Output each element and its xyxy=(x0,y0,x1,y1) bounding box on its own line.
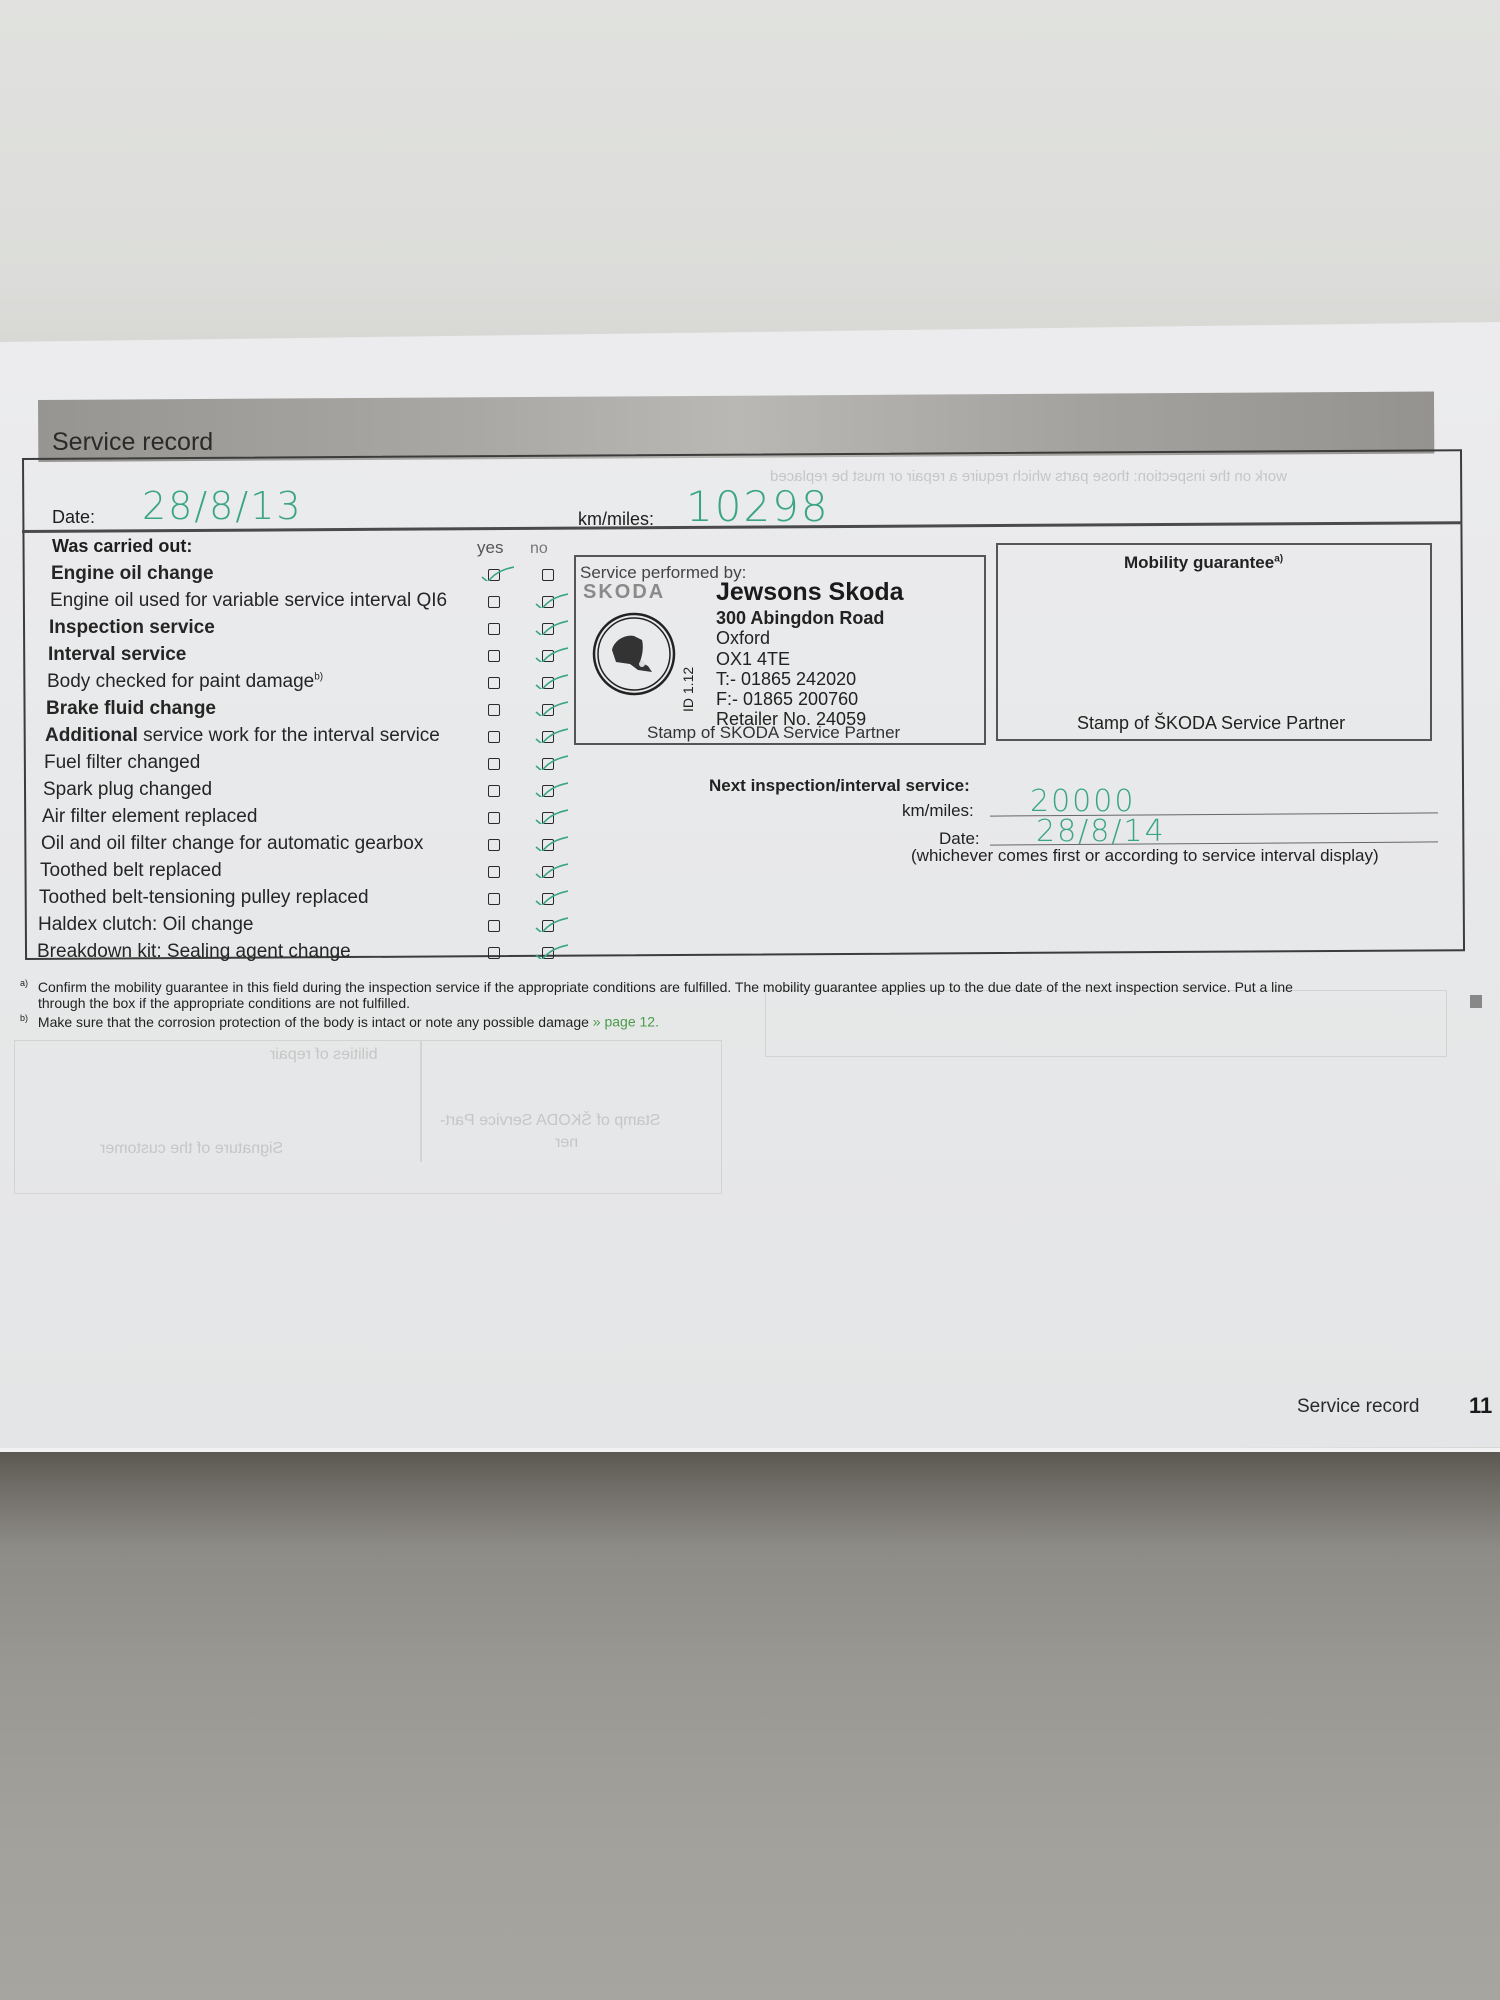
check-mark-icon xyxy=(530,727,568,743)
footnote-marker: a) xyxy=(1274,553,1283,564)
mobility-stamp-caption: Stamp of ŠKODA Service Partner xyxy=(1077,713,1345,734)
dealer-postcode: OX1 4TE xyxy=(716,649,790,670)
checklist-item: Additional service work for the interval… xyxy=(45,725,440,747)
check-mark-icon xyxy=(476,565,514,581)
footer-section-title: Service record xyxy=(1297,1396,1420,1418)
checkbox-yes[interactable] xyxy=(488,758,500,770)
checklist-item: Fuel filter changed xyxy=(44,752,200,774)
checklist-item: Interval service xyxy=(48,644,186,666)
skoda-logo-icon xyxy=(592,612,676,696)
checkbox-yes[interactable] xyxy=(488,731,500,743)
page-link[interactable]: » page 12. xyxy=(593,1014,659,1030)
checklist-item-label: Body checked for paint damage xyxy=(47,671,314,692)
checklist-item-label: Spark plug changed xyxy=(43,779,212,800)
check-mark-icon xyxy=(530,646,568,662)
footnote-a: a) Confirm the mobility guarantee in thi… xyxy=(20,978,1293,995)
date-label: Date: xyxy=(52,507,95,528)
mileage-label: km/miles: xyxy=(578,509,654,530)
check-mark-icon xyxy=(530,835,568,851)
checklist-item: Oil and oil filter change for automatic … xyxy=(41,833,423,855)
checkbox-yes[interactable] xyxy=(488,812,500,824)
footnote-marker: a) xyxy=(20,978,28,988)
checklist-item-label: service work for the interval service xyxy=(138,725,440,746)
bleed-through-divider xyxy=(420,1040,422,1162)
stamp-caption: Stamp of SKODA Service Partner xyxy=(647,723,900,743)
checklist-item-label: Oil and oil filter change for automatic … xyxy=(41,833,423,854)
checklist-item-label: Inspection service xyxy=(49,617,215,638)
check-mark-icon xyxy=(530,943,568,959)
dealer-name: Jewsons Skoda xyxy=(716,578,904,607)
checklist-item: Inspection service xyxy=(49,617,215,639)
next-date-value[interactable]: 28/8/14 xyxy=(1036,814,1166,849)
date-value[interactable]: 28/8/13 xyxy=(142,484,303,528)
check-mark-icon xyxy=(530,889,568,905)
check-mark-icon xyxy=(530,700,568,716)
checklist-item: Body checked for paint damageb) xyxy=(47,671,323,693)
checkbox-yes[interactable] xyxy=(488,866,500,878)
checklist-item: Air filter element replaced xyxy=(42,806,257,828)
checklist-item-label: Engine oil change xyxy=(51,563,214,584)
footnote-marker: b) xyxy=(20,1013,28,1023)
check-mark-icon xyxy=(530,781,568,797)
page-marker-square xyxy=(1470,995,1482,1008)
checklist-item-label: Engine oil used for variable service int… xyxy=(50,590,447,611)
checklist-item-label: Air filter element replaced xyxy=(42,806,257,827)
checkbox-yes[interactable] xyxy=(488,623,500,635)
checkbox-yes[interactable] xyxy=(488,596,500,608)
dealer-address-line1: 300 Abingdon Road xyxy=(716,608,884,629)
footnote-text: Make sure that the corrosion protection … xyxy=(38,1014,593,1030)
checkbox-yes[interactable] xyxy=(488,785,500,797)
check-mark-icon xyxy=(530,754,568,770)
no-column-header: no xyxy=(530,540,548,558)
check-mark-icon xyxy=(530,619,568,635)
stamp-id: ID 1.12 xyxy=(680,652,696,712)
checklist-item-label: Toothed belt replaced xyxy=(40,860,222,881)
checklist-item: Brake fluid change xyxy=(46,698,216,720)
checklist-item: Engine oil used for variable service int… xyxy=(50,590,447,612)
checklist-item-label-bold: Additional xyxy=(45,725,138,746)
skoda-wordmark: SKODA xyxy=(583,581,665,604)
check-mark-icon xyxy=(530,592,568,608)
check-mark-icon xyxy=(530,916,568,932)
checklist-item-label: Breakdown kit: Sealing agent change xyxy=(37,941,351,962)
mobility-heading-text: Mobility guarantee xyxy=(1124,553,1274,572)
check-mark-icon xyxy=(530,862,568,878)
checklist-item: Toothed belt replaced xyxy=(40,860,222,882)
next-mileage-label: km/miles: xyxy=(902,801,974,821)
page-number: 11 xyxy=(1469,1393,1492,1419)
page-edge xyxy=(0,1448,1500,1452)
checklist-item-label: Fuel filter changed xyxy=(44,752,200,773)
table-surface xyxy=(0,1450,1500,2000)
checkbox-yes[interactable] xyxy=(488,839,500,851)
checklist-item: Spark plug changed xyxy=(43,779,212,801)
footnote-b: b) Make sure that the corrosion protecti… xyxy=(20,1013,659,1030)
bleed-through-box xyxy=(14,1040,722,1194)
dealer-fax: F:- 01865 200760 xyxy=(716,689,858,710)
mileage-value[interactable]: 10298 xyxy=(686,482,830,531)
checklist-item: Engine oil change xyxy=(51,563,214,585)
checklist-item-label: Haldex clutch: Oil change xyxy=(38,914,253,935)
next-service-heading: Next inspection/interval service: xyxy=(709,776,970,796)
page-title: Service record xyxy=(52,428,213,457)
checkbox-yes[interactable] xyxy=(488,920,500,932)
checkbox-yes[interactable] xyxy=(488,650,500,662)
checkbox-yes[interactable] xyxy=(488,893,500,905)
checklist-item-label: Interval service xyxy=(48,644,186,665)
checkbox-yes[interactable] xyxy=(488,704,500,716)
checklist-item-label: Toothed belt-tensioning pulley replaced xyxy=(39,887,369,908)
checklist-heading: Was carried out: xyxy=(52,536,192,557)
footnote-text: Confirm the mobility guarantee in this f… xyxy=(38,979,1293,995)
next-service-note: (whichever comes first or according to s… xyxy=(911,846,1379,866)
check-mark-icon xyxy=(530,808,568,824)
dealer-phone: T:- 01865 242020 xyxy=(716,669,856,690)
checkbox-yes[interactable] xyxy=(488,947,500,959)
footnote-marker: b) xyxy=(314,672,323,683)
bleed-through-box xyxy=(765,990,1447,1057)
dealer-address-line2: Oxford xyxy=(716,628,770,649)
checklist-item: Toothed belt-tensioning pulley replaced xyxy=(39,887,369,909)
checkbox-yes[interactable] xyxy=(488,677,500,689)
mobility-heading: Mobility guaranteea) xyxy=(1124,553,1283,573)
checklist-item: Breakdown kit: Sealing agent change xyxy=(37,941,351,963)
checklist-item: Haldex clutch: Oil change xyxy=(38,914,253,936)
check-mark-icon xyxy=(530,673,568,689)
footnote-a-continued: through the box if the appropriate condi… xyxy=(38,995,410,1011)
yes-column-header: yes xyxy=(477,538,503,558)
checkbox-no[interactable] xyxy=(542,569,554,581)
checklist-item-label: Brake fluid change xyxy=(46,698,216,719)
